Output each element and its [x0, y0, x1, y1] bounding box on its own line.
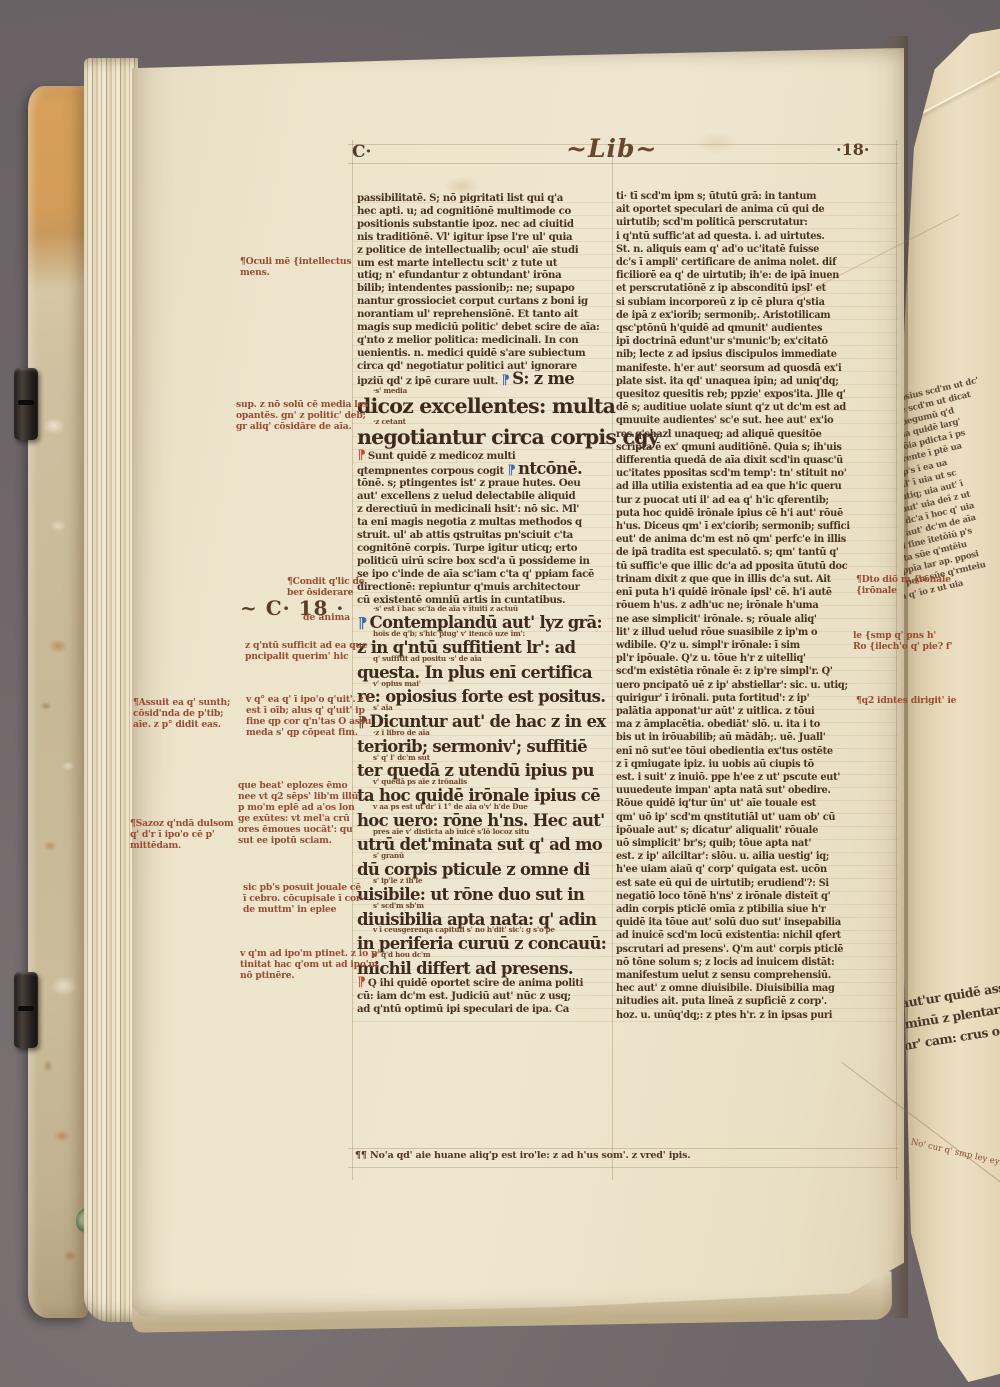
left-display-heading: ·s' mediadicoz excellentes: multa·z ceta… — [357, 388, 612, 450]
header-rule-bottom — [348, 163, 898, 164]
chapter-label: de anima — [303, 612, 350, 623]
margin-note-rationale: ¶Dto diō m {rōnale {irōnale — [856, 574, 951, 596]
margin-note-epistolae: que beat' eplozes ēmo nee vt q2 sēps' li… — [238, 780, 358, 846]
spine-mottling — [28, 86, 88, 1318]
footnote-rule-bottom — [348, 1167, 898, 1168]
footnote-rule-top — [348, 1148, 898, 1149]
margin-note-assuit: ¶Assuit ea q' sunth; cōsid'nda de p'tib;… — [133, 697, 230, 730]
margin-note-intellectus: ¶Oculi mē {intellectus mens. — [240, 256, 351, 278]
margin-note-brace-right: le {smp q' pns h' Ro {ilech'o q' pie? f' — [853, 630, 952, 652]
folio-number: ·18· — [836, 140, 869, 159]
left-paragraph-1: passibilitatē. S; nō pigritati list qui … — [357, 192, 612, 388]
right-column-lines: ti· tī scd'm ipm s; ūtutū grā: in tantum… — [616, 190, 897, 1022]
manuscript-photo: qd' teriū z ad ipsius scd'm ut dc'uob; a… — [0, 0, 1000, 1387]
facing-page-diagonal-note: No' cur q' smp ley ey mualle. q' — [910, 1137, 1000, 1180]
header-paraph-mark: C· — [352, 142, 371, 162]
margin-note-philosophus: sic pb's posuit jouale cē ī cebro. cōcup… — [243, 882, 361, 915]
metal-clasp-lower — [14, 972, 38, 1048]
left-paragraph-2: ¶Sunt quidē z medicoz multiqtempnentes c… — [357, 450, 612, 607]
margin-note-sazoz: ¶Sazoz q'ndā dulsom q' d'r ī ipo'o cē p'… — [130, 818, 234, 851]
ruling-vertical-middle — [612, 140, 613, 1180]
page-edge-stack — [84, 58, 138, 1322]
margin-note-dirigit: ¶q2 idntes dirigit' ie — [856, 695, 956, 706]
margin-note-chapter-gloss: ¶Condit q'lic de ber ōsiderare — [287, 576, 364, 598]
margin-note-quaeritur: v q° ea q' ī ipo'o q'uit'. z ī est ī oīb… — [246, 694, 371, 738]
margin-note-sup-media: sup. z nō solū cē media les opantēs. gn'… — [236, 399, 368, 432]
text-column-right: ti· tī scd'm ipm s; ūtutū grā: in tantum… — [616, 190, 897, 1022]
page-fold-crease — [901, 49, 1000, 126]
metal-clasp-upper — [14, 368, 38, 440]
running-title: ~Lib~ — [566, 134, 657, 163]
book-spine — [28, 86, 88, 1318]
facing-page-large-text: b; aut'ur quidē assc'ohominū z plentariū… — [901, 961, 1000, 1058]
left-display-chapter-text: ·s' est ī hac sc'ia de aīa v ītuitī z ac… — [357, 606, 612, 976]
facing-page-text: qd' teriū z ad ipsius scd'm ut dc'uob; a… — [901, 354, 1000, 608]
margin-note-quantum-sufficit: z q'ntū sufficit ad ea que pncipalit que… — [245, 640, 368, 662]
left-paragraph-3: ¶Q ihi quidē oportet scire de anima poli… — [357, 977, 612, 1016]
margin-note-pertinet: v q'm ad ipo'm ptinet. z io p' tinitat h… — [240, 948, 380, 981]
footnote-line: ¶¶ No'a qd' aie huane aliq'p est iro'le:… — [355, 1150, 900, 1161]
text-column-left: passibilitatē. S; nō pigritati list qui … — [357, 192, 612, 1016]
